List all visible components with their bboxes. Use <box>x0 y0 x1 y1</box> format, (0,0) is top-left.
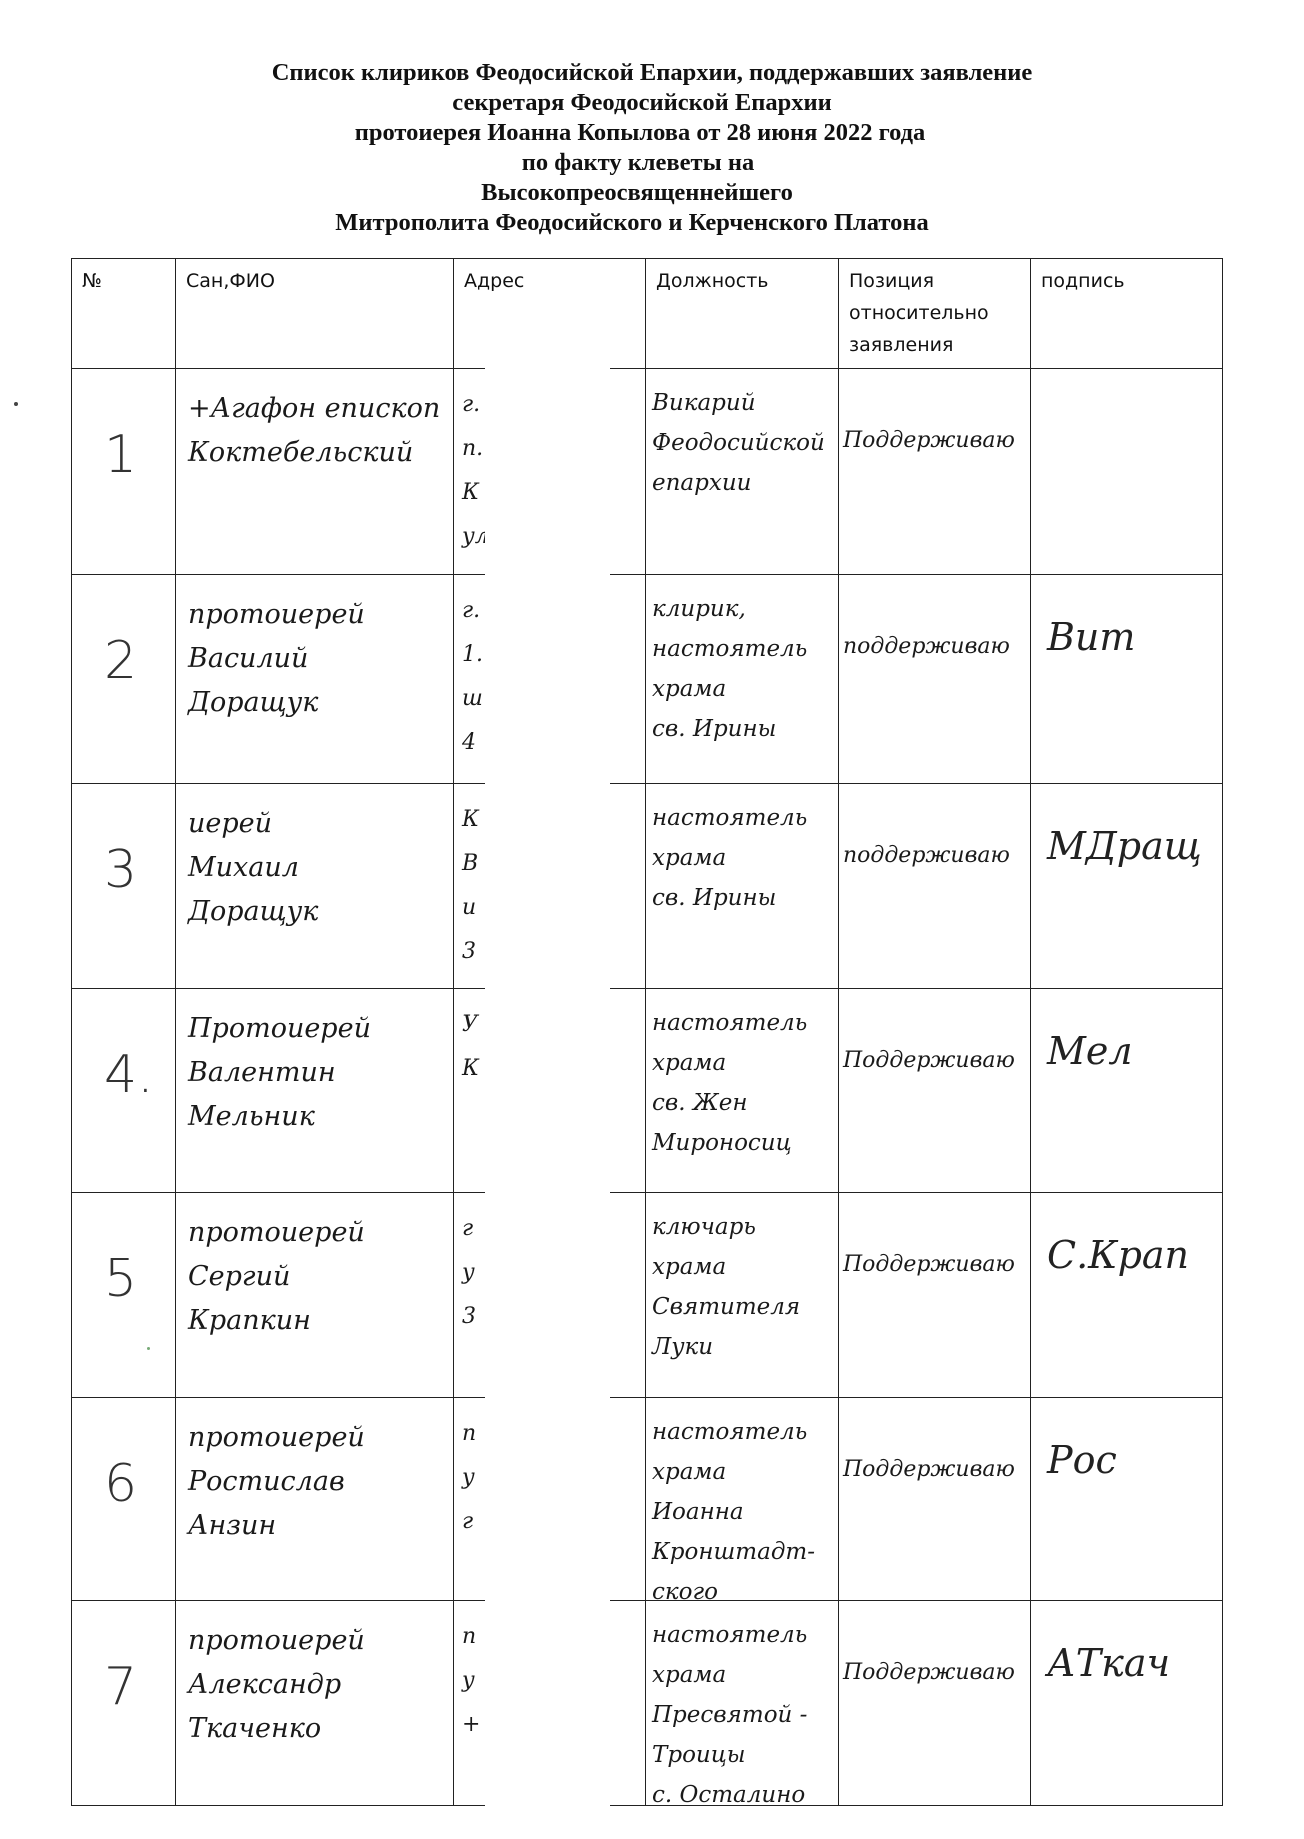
row-number-cell: 2 <box>72 575 176 784</box>
row-number: 5 <box>104 1249 137 1309</box>
handwritten-line: Пресвятой - <box>652 1695 807 1735</box>
document-title: Список клириков Феодосийской Епархии, по… <box>0 58 1304 238</box>
handwritten-line: храма <box>652 1452 815 1492</box>
address-text: пуг <box>462 1412 476 1544</box>
handwritten-line: св. Ирины <box>652 709 807 749</box>
signature-cell: Мел <box>1031 989 1223 1193</box>
handwritten-line: ш <box>462 677 483 721</box>
table-row: 3иерейМихаилДоращукКВи3настоятельхрамасв… <box>72 784 1223 989</box>
stance-cell: Поддерживаю <box>839 369 1031 575</box>
handwritten-line: Мироносиц <box>652 1123 807 1163</box>
row-number-cell: 5 <box>72 1193 176 1398</box>
stance-text: Поддерживаю <box>843 1448 1015 1492</box>
row-number-cell: 7 <box>72 1601 176 1806</box>
handwritten-line: Кронштадт- <box>652 1532 815 1572</box>
address-text: КВи3 <box>462 798 479 974</box>
row-number-cell: 3 <box>72 784 176 989</box>
stance-text: поддерживаю <box>843 834 1010 878</box>
address-text: гу3 <box>462 1207 476 1339</box>
position-text: ВикарийФеодосийскойепархии <box>652 383 825 503</box>
handwritten-line: Доращук <box>188 681 365 725</box>
row-number: 2 <box>104 631 137 691</box>
handwritten-line: Анзин <box>188 1504 365 1548</box>
handwritten-line: Викарий <box>652 383 825 423</box>
position-cell: настоятельхрамаИоаннаКронштадт-ского <box>646 1398 839 1601</box>
handwritten-line: настоятель <box>652 1003 807 1043</box>
name-cell: ПротоиерейВалентинМельник <box>176 989 454 1193</box>
name-cell: протоиерейРостиславАнзин <box>176 1398 454 1601</box>
handwritten-line: г <box>462 1207 476 1251</box>
handwritten-line: В <box>462 842 479 886</box>
handwritten-line: протоиерей <box>188 1211 365 1255</box>
handwritten-line: св. Ирины <box>652 878 807 918</box>
title-line: Митрополита Феодосийского и Керченского … <box>0 208 1304 238</box>
header-address: Адрес <box>454 259 646 369</box>
name-text: протоиерейСергийКрапкин <box>188 1211 365 1343</box>
handwritten-line: Троицы <box>652 1735 807 1775</box>
table-row: 7протоиерейАлександрТкаченкопу+настоятел… <box>72 1601 1223 1806</box>
signature: МДращ <box>1047 824 1202 868</box>
clergy-table: № Сан,ФИО Адрес Должность Позиция относи… <box>71 258 1223 1806</box>
handwritten-line: епархии <box>652 463 825 503</box>
stance-text: Поддерживаю <box>843 419 1015 463</box>
table-header-row: № Сан,ФИО Адрес Должность Позиция относи… <box>72 259 1223 369</box>
title-line: по факту клеветы на <box>0 148 1304 178</box>
handwritten-line: 1. <box>462 633 483 677</box>
stance-cell: Поддерживаю <box>839 1193 1031 1398</box>
header-signature: подпись <box>1031 259 1223 369</box>
name-text: +Агафон епископКоктебельский <box>188 387 440 475</box>
handwritten-line: +Агафон епископ <box>188 387 440 431</box>
position-text: настоятельхрамаПресвятой -Троицыс. Остал… <box>652 1615 807 1815</box>
handwritten-line: и <box>462 886 479 930</box>
header-stance-line: Позиция <box>849 265 1030 297</box>
title-line: протоиерея Иоанна Копылова от 28 июня 20… <box>0 118 1304 148</box>
name-cell: +Агафон епископКоктебельский <box>176 369 454 575</box>
handwritten-line: храма <box>652 669 807 709</box>
header-position: Должность <box>646 259 839 369</box>
handwritten-line: п <box>462 1412 476 1456</box>
scan-speck <box>147 1347 150 1350</box>
handwritten-line: протоиерей <box>188 1416 365 1460</box>
position-text: клирик,настоятельхрамасв. Ирины <box>652 589 807 749</box>
position-text: ключарьхрамаСвятителяЛуки <box>652 1207 800 1367</box>
title-line: Список клириков Феодосийской Епархии, по… <box>0 58 1304 88</box>
signature-cell <box>1031 369 1223 575</box>
redaction-block <box>485 366 610 1806</box>
handwritten-line: у <box>462 1456 476 1500</box>
handwritten-line: настоятель <box>652 798 807 838</box>
name-cell: протоиерейСергийКрапкин <box>176 1193 454 1398</box>
name-cell: протоиерейВасилийДоращук <box>176 575 454 784</box>
scan-speck <box>14 402 18 406</box>
stance-text: Поддерживаю <box>843 1039 1015 1083</box>
handwritten-line: Коктебельский <box>188 431 440 475</box>
row-number: 7 <box>104 1657 137 1717</box>
header-stance-line: заявления <box>849 329 1030 361</box>
handwritten-line: настоятель <box>652 629 807 669</box>
handwritten-line: К <box>462 798 479 842</box>
signature-cell: Вит <box>1031 575 1223 784</box>
title-line: секретаря Феодосийской Епархии <box>0 88 1304 118</box>
handwritten-line: К <box>462 1047 479 1091</box>
handwritten-line: протоиерей <box>188 1619 365 1663</box>
stance-cell: Поддерживаю <box>839 1601 1031 1806</box>
handwritten-line: Сергий <box>188 1255 365 1299</box>
handwritten-line: у <box>462 1659 480 1703</box>
handwritten-line: иерей <box>188 802 318 846</box>
row-number: 3 <box>104 840 137 900</box>
handwritten-line: Иоанна <box>652 1492 815 1532</box>
signature: АТкач <box>1047 1641 1170 1685</box>
handwritten-line: Ткаченко <box>188 1707 365 1751</box>
handwritten-line: у <box>462 1251 476 1295</box>
stance-cell: поддерживаю <box>839 575 1031 784</box>
handwritten-line: 3 <box>462 1295 476 1339</box>
handwritten-line: г. <box>462 589 483 633</box>
handwritten-line: Александр <box>188 1663 365 1707</box>
position-cell: настоятельхрамаПресвятой -Троицыс. Остал… <box>646 1601 839 1806</box>
handwritten-line: Валентин <box>188 1051 371 1095</box>
stance-cell: Поддерживаю <box>839 1398 1031 1601</box>
table-row: 2протоиерейВасилийДоращукг.1.ш4клирик,на… <box>72 575 1223 784</box>
handwritten-line: храма <box>652 1655 807 1695</box>
header-number: № <box>72 259 176 369</box>
signature-cell: МДращ <box>1031 784 1223 989</box>
name-text: протоиерейРостиславАнзин <box>188 1416 365 1548</box>
handwritten-line: + <box>462 1703 480 1747</box>
signature: Мел <box>1047 1029 1133 1073</box>
position-cell: клирик,настоятельхрамасв. Ирины <box>646 575 839 784</box>
address-text: г.1.ш4 <box>462 589 483 765</box>
position-text: настоятельхрамасв. ЖенМироносиц <box>652 1003 807 1163</box>
position-cell: настоятельхрамасв. ЖенМироносиц <box>646 989 839 1193</box>
address-text: пу+ <box>462 1615 480 1747</box>
table-row: 6протоиерейРостиславАнзинпугнастоятельхр… <box>72 1398 1223 1601</box>
row-number-cell: 4. <box>72 989 176 1193</box>
row-number-cell: 1 <box>72 369 176 575</box>
handwritten-line: протоиерей <box>188 593 365 637</box>
handwritten-line: Мельник <box>188 1095 371 1139</box>
header-rank-name: Сан,ФИО <box>176 259 454 369</box>
handwritten-line: п <box>462 1615 480 1659</box>
signature: Рос <box>1047 1438 1117 1482</box>
handwritten-line: 3 <box>462 930 479 974</box>
position-cell: ВикарийФеодосийскойепархии <box>646 369 839 575</box>
name-text: протоиерейАлександрТкаченко <box>188 1619 365 1751</box>
handwritten-line: св. Жен <box>652 1083 807 1123</box>
handwritten-line: Василий <box>188 637 365 681</box>
address-text: УК <box>462 1003 479 1091</box>
signature-cell: Рос <box>1031 1398 1223 1601</box>
position-cell: настоятельхрамасв. Ирины <box>646 784 839 989</box>
handwritten-line: г <box>462 1500 476 1544</box>
stance-cell: поддерживаю <box>839 784 1031 989</box>
position-text: настоятельхрамасв. Ирины <box>652 798 807 918</box>
signature: Вит <box>1047 615 1135 659</box>
table-row: 5протоиерейСергийКрапкингу3ключарьхрамаС… <box>72 1193 1223 1398</box>
handwritten-line: Протоиерей <box>188 1007 371 1051</box>
stance-text: поддерживаю <box>843 625 1010 669</box>
name-text: иерейМихаилДоращук <box>188 802 318 934</box>
stance-text: Поддерживаю <box>843 1651 1015 1695</box>
name-cell: иерейМихаилДоращук <box>176 784 454 989</box>
handwritten-line: Крапкин <box>188 1299 365 1343</box>
handwritten-line: Ростислав <box>188 1460 365 1504</box>
table-row: 4.ПротоиерейВалентинМельникУКнастоятельх… <box>72 989 1223 1193</box>
handwritten-line: Луки <box>652 1327 800 1367</box>
handwritten-line: 4 <box>462 721 483 765</box>
handwritten-line: с. Осталино <box>652 1775 807 1815</box>
position-text: настоятельхрамаИоаннаКронштадт-ского <box>652 1412 815 1612</box>
row-number: 1 <box>104 425 137 485</box>
handwritten-line: настоятель <box>652 1412 815 1452</box>
handwritten-line: настоятель <box>652 1615 807 1655</box>
handwritten-line: ключарь <box>652 1207 800 1247</box>
row-number-cell: 6 <box>72 1398 176 1601</box>
name-cell: протоиерейАлександрТкаченко <box>176 1601 454 1806</box>
title-line: Высокопреосвященнейшего <box>0 178 1304 208</box>
stance-cell: Поддерживаю <box>839 989 1031 1193</box>
handwritten-line: Святителя <box>652 1287 800 1327</box>
stance-text: Поддерживаю <box>843 1243 1015 1287</box>
handwritten-line: храма <box>652 1247 800 1287</box>
handwritten-line: клирик, <box>652 589 807 629</box>
header-stance-line: относительно <box>849 297 1030 329</box>
name-text: ПротоиерейВалентинМельник <box>188 1007 371 1139</box>
name-text: протоиерейВасилийДоращук <box>188 593 365 725</box>
handwritten-line: Феодосийской <box>652 423 825 463</box>
handwritten-line: Доращук <box>188 890 318 934</box>
header-stance: Позиция относительно заявления <box>839 259 1031 369</box>
handwritten-line: храма <box>652 1043 807 1083</box>
signature-cell: АТкач <box>1031 1601 1223 1806</box>
signature-cell: С.Крап <box>1031 1193 1223 1398</box>
position-cell: ключарьхрамаСвятителяЛуки <box>646 1193 839 1398</box>
row-number: 4. <box>104 1045 154 1105</box>
signature: С.Крап <box>1047 1233 1189 1277</box>
table-row: 1+Агафон епископКоктебельскийг. Феодос.п… <box>72 369 1223 575</box>
handwritten-line: У <box>462 1003 479 1047</box>
handwritten-line: храма <box>652 838 807 878</box>
row-number: 6 <box>104 1454 137 1514</box>
handwritten-line: Михаил <box>188 846 318 890</box>
